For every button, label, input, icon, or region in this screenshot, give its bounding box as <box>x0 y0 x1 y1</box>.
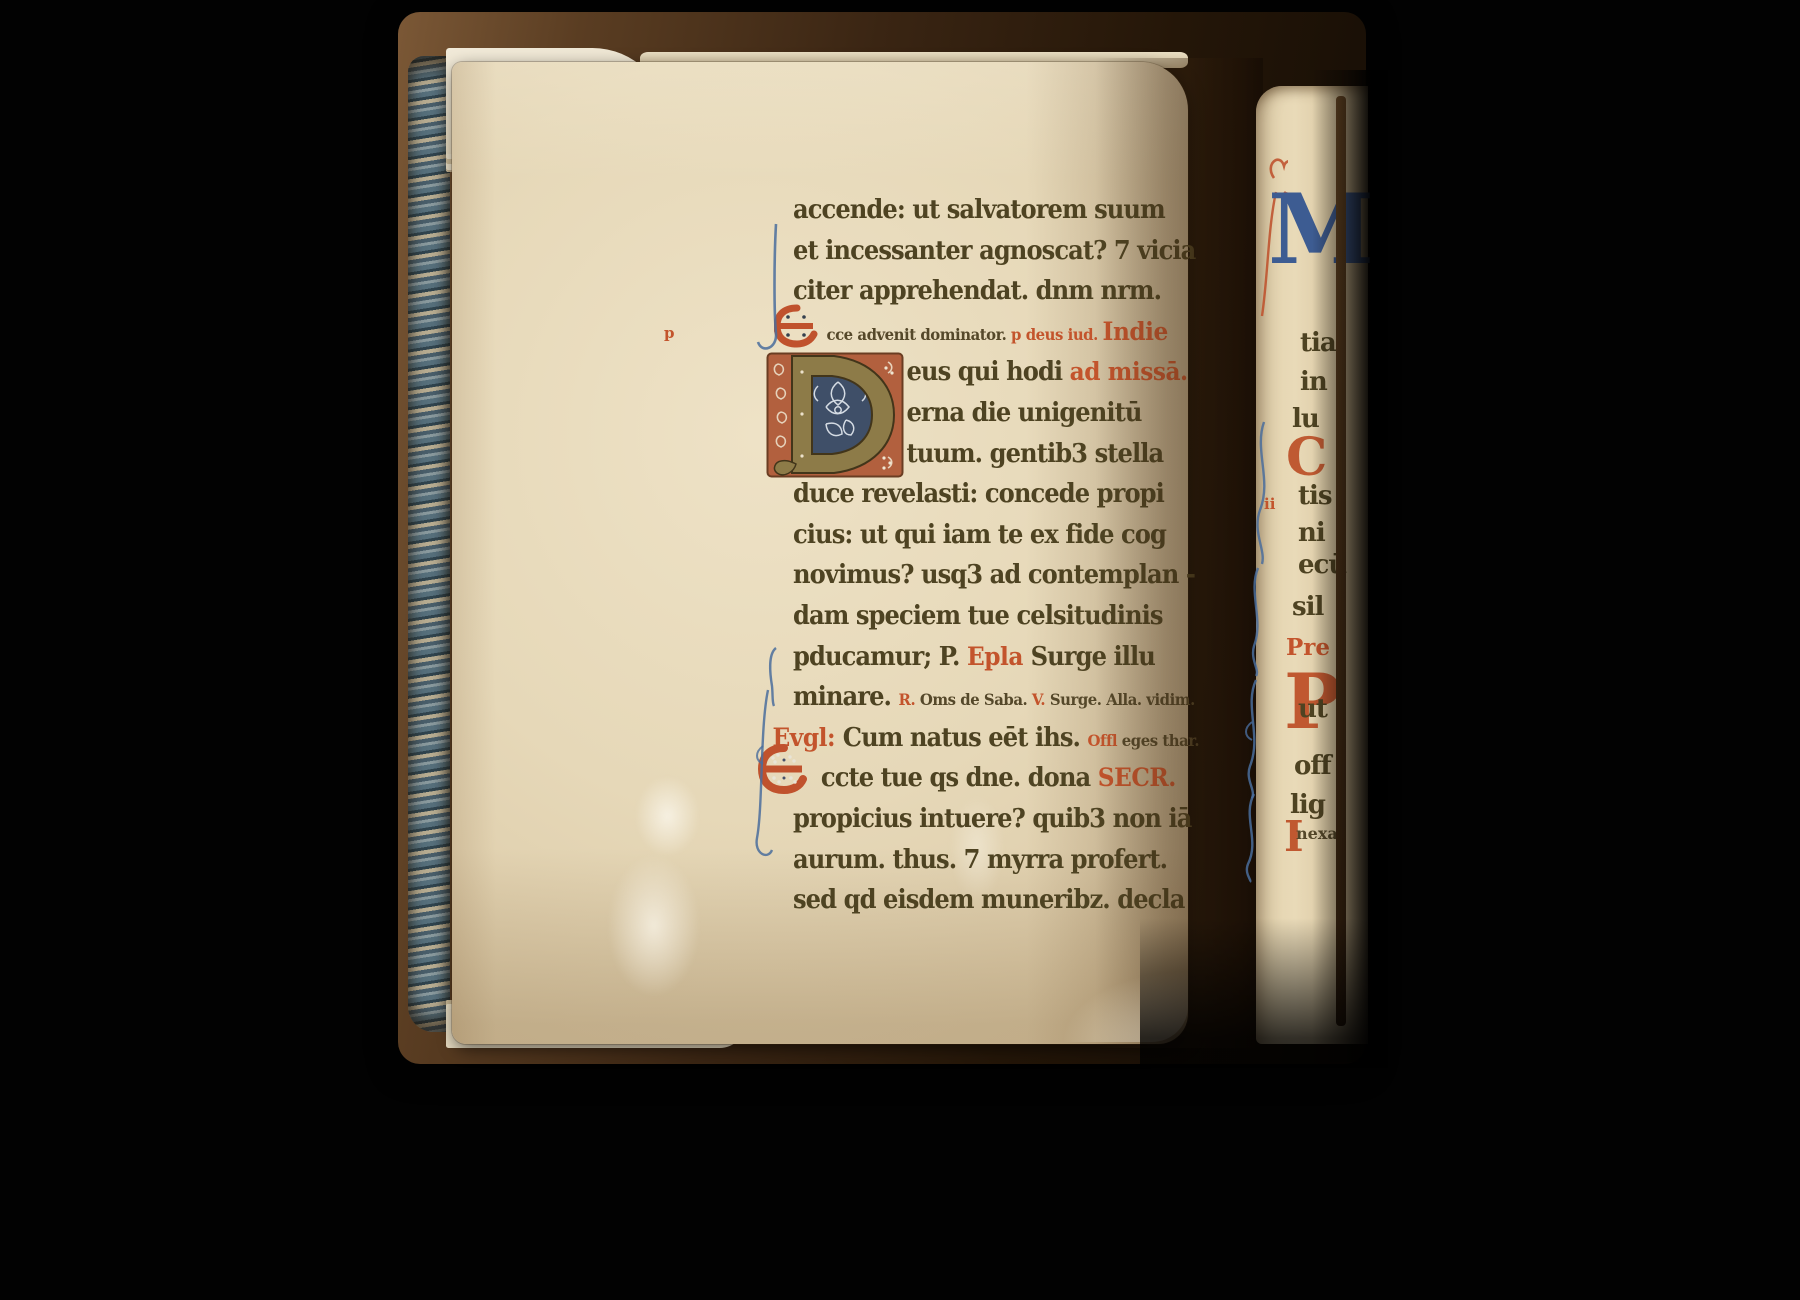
decorated-initial-M: M <box>1268 182 1374 278</box>
text-segment: pducamur; P. <box>793 642 967 672</box>
manuscript-photo: accende: ut salvatorem suumet incessante… <box>0 0 1800 1300</box>
right-page-fore-edge <box>1336 96 1346 1026</box>
text-segment: Surge illu <box>1031 642 1155 672</box>
text-segment: Oms de Saba. <box>920 690 1032 709</box>
text-segment: propicius intuere? quib3 non iā <box>793 804 1192 834</box>
manuscript-text-line: dam speciem tue celsitudinis <box>793 596 1158 637</box>
text-fragment: in <box>1300 369 1327 395</box>
text-fragment: Pre <box>1286 636 1330 659</box>
pen-flourish <box>1238 678 1268 800</box>
text-fragment: sil <box>1292 594 1323 620</box>
text-segment: sed qd eisdem muneribz. decla <box>793 885 1184 915</box>
text-segment: V. <box>1032 690 1050 709</box>
text-segment: aurum. thus. 7 myrra profert. <box>793 845 1167 875</box>
manuscript-text-line: citer apprehendat. dnm nrm. <box>793 271 1158 312</box>
text-fragment: nexa <box>1296 826 1338 842</box>
text-segment: SECR. <box>1098 763 1176 792</box>
text-segment: accende: ut salvatorem suum <box>793 195 1165 225</box>
manuscript-text-line: novimus? usq3 ad contemplan - <box>793 555 1158 596</box>
manuscript-text-line: minare. R. Oms de Saba. V. Surge. Alla. … <box>793 677 1158 718</box>
manuscript-text-line: Evgl: Cum natus eēt ihs. Offl eges thar. <box>773 718 1158 759</box>
manuscript-text-line: et incessanter agnoscat? 7 vicia <box>793 231 1158 272</box>
text-segment: minare. <box>793 682 899 712</box>
text-segment: cce advenit dominator. <box>826 325 1011 344</box>
text-fragment: p <box>664 326 675 341</box>
text-segment: dam speciem tue celsitudinis <box>793 601 1163 631</box>
text-fragment: off <box>1294 753 1331 779</box>
parchment-stain <box>598 778 722 1016</box>
text-segment: Indie <box>1103 317 1168 346</box>
pen-flourish <box>1242 566 1270 678</box>
text-segment: ccte tue qs dne. dona <box>821 763 1098 793</box>
text-segment: eges thar. <box>1122 731 1199 750</box>
text-segment: ad missā. <box>1070 357 1188 386</box>
text-segment: citer apprehendat. dnm nrm. <box>793 276 1161 306</box>
text-fragment: ii <box>1264 497 1275 512</box>
text-segment: Epla <box>967 642 1031 671</box>
illuminated-initial-deus <box>766 352 904 478</box>
text-column: accende: ut salvatorem suumet incessante… <box>793 190 1158 921</box>
manuscript-text-line: duce revelasti: concede propi <box>793 474 1158 515</box>
text-segment: duce revelasti: concede propi <box>793 479 1164 509</box>
text-fragment: ut <box>1298 696 1327 722</box>
text-segment: R. <box>899 690 920 709</box>
pen-flourish <box>1236 792 1266 884</box>
text-segment: Cum natus eēt ihs. <box>843 723 1088 753</box>
manuscript-text-line: cius: ut qui iam te ex fide cog <box>793 515 1158 556</box>
pen-flourish <box>742 688 776 866</box>
page-corner-curl <box>1020 928 1188 1042</box>
manuscript-text-line: pducamur; P. Epla Surge illu <box>793 637 1158 678</box>
text-segment: p deus iud. <box>1011 325 1102 344</box>
text-segment: erna die unigenitū <box>906 398 1141 428</box>
text-segment: Surge. Alla. vidim. <box>1050 690 1195 709</box>
text-segment: et incessanter agnoscat? 7 vicia <box>793 236 1195 266</box>
text-segment: tuum. gentib3 stella <box>906 439 1163 469</box>
manuscript-text-line: cce advenit dominator. p deus iud. Indie <box>793 312 1158 353</box>
decorated-initial-C: C <box>1286 432 1327 484</box>
manuscript-text-line: propicius intuere? quib3 non iā <box>793 799 1158 840</box>
text-fragment: tia <box>1300 330 1336 356</box>
pen-flourish <box>1246 420 1276 566</box>
text-segment: eus qui hodi <box>906 357 1069 387</box>
manuscript-text-line: ccte tue qs dne. dona SECR. <box>793 758 1158 799</box>
text-fragment: tis <box>1298 483 1332 509</box>
text-fragment: ni <box>1298 520 1325 546</box>
manuscript-text-line: aurum. thus. 7 myrra profert. <box>793 840 1158 881</box>
text-segment: Offl <box>1088 731 1122 750</box>
fore-edge-marbling <box>408 56 450 1032</box>
text-segment: novimus? usq3 ad contemplan - <box>793 560 1195 590</box>
manuscript-text-line: sed qd eisdem muneribz. decla <box>793 880 1158 921</box>
pen-flourish <box>752 220 788 360</box>
manuscript-text-line: accende: ut salvatorem suum <box>793 190 1158 231</box>
text-segment: cius: ut qui iam te ex fide cog <box>793 520 1166 550</box>
